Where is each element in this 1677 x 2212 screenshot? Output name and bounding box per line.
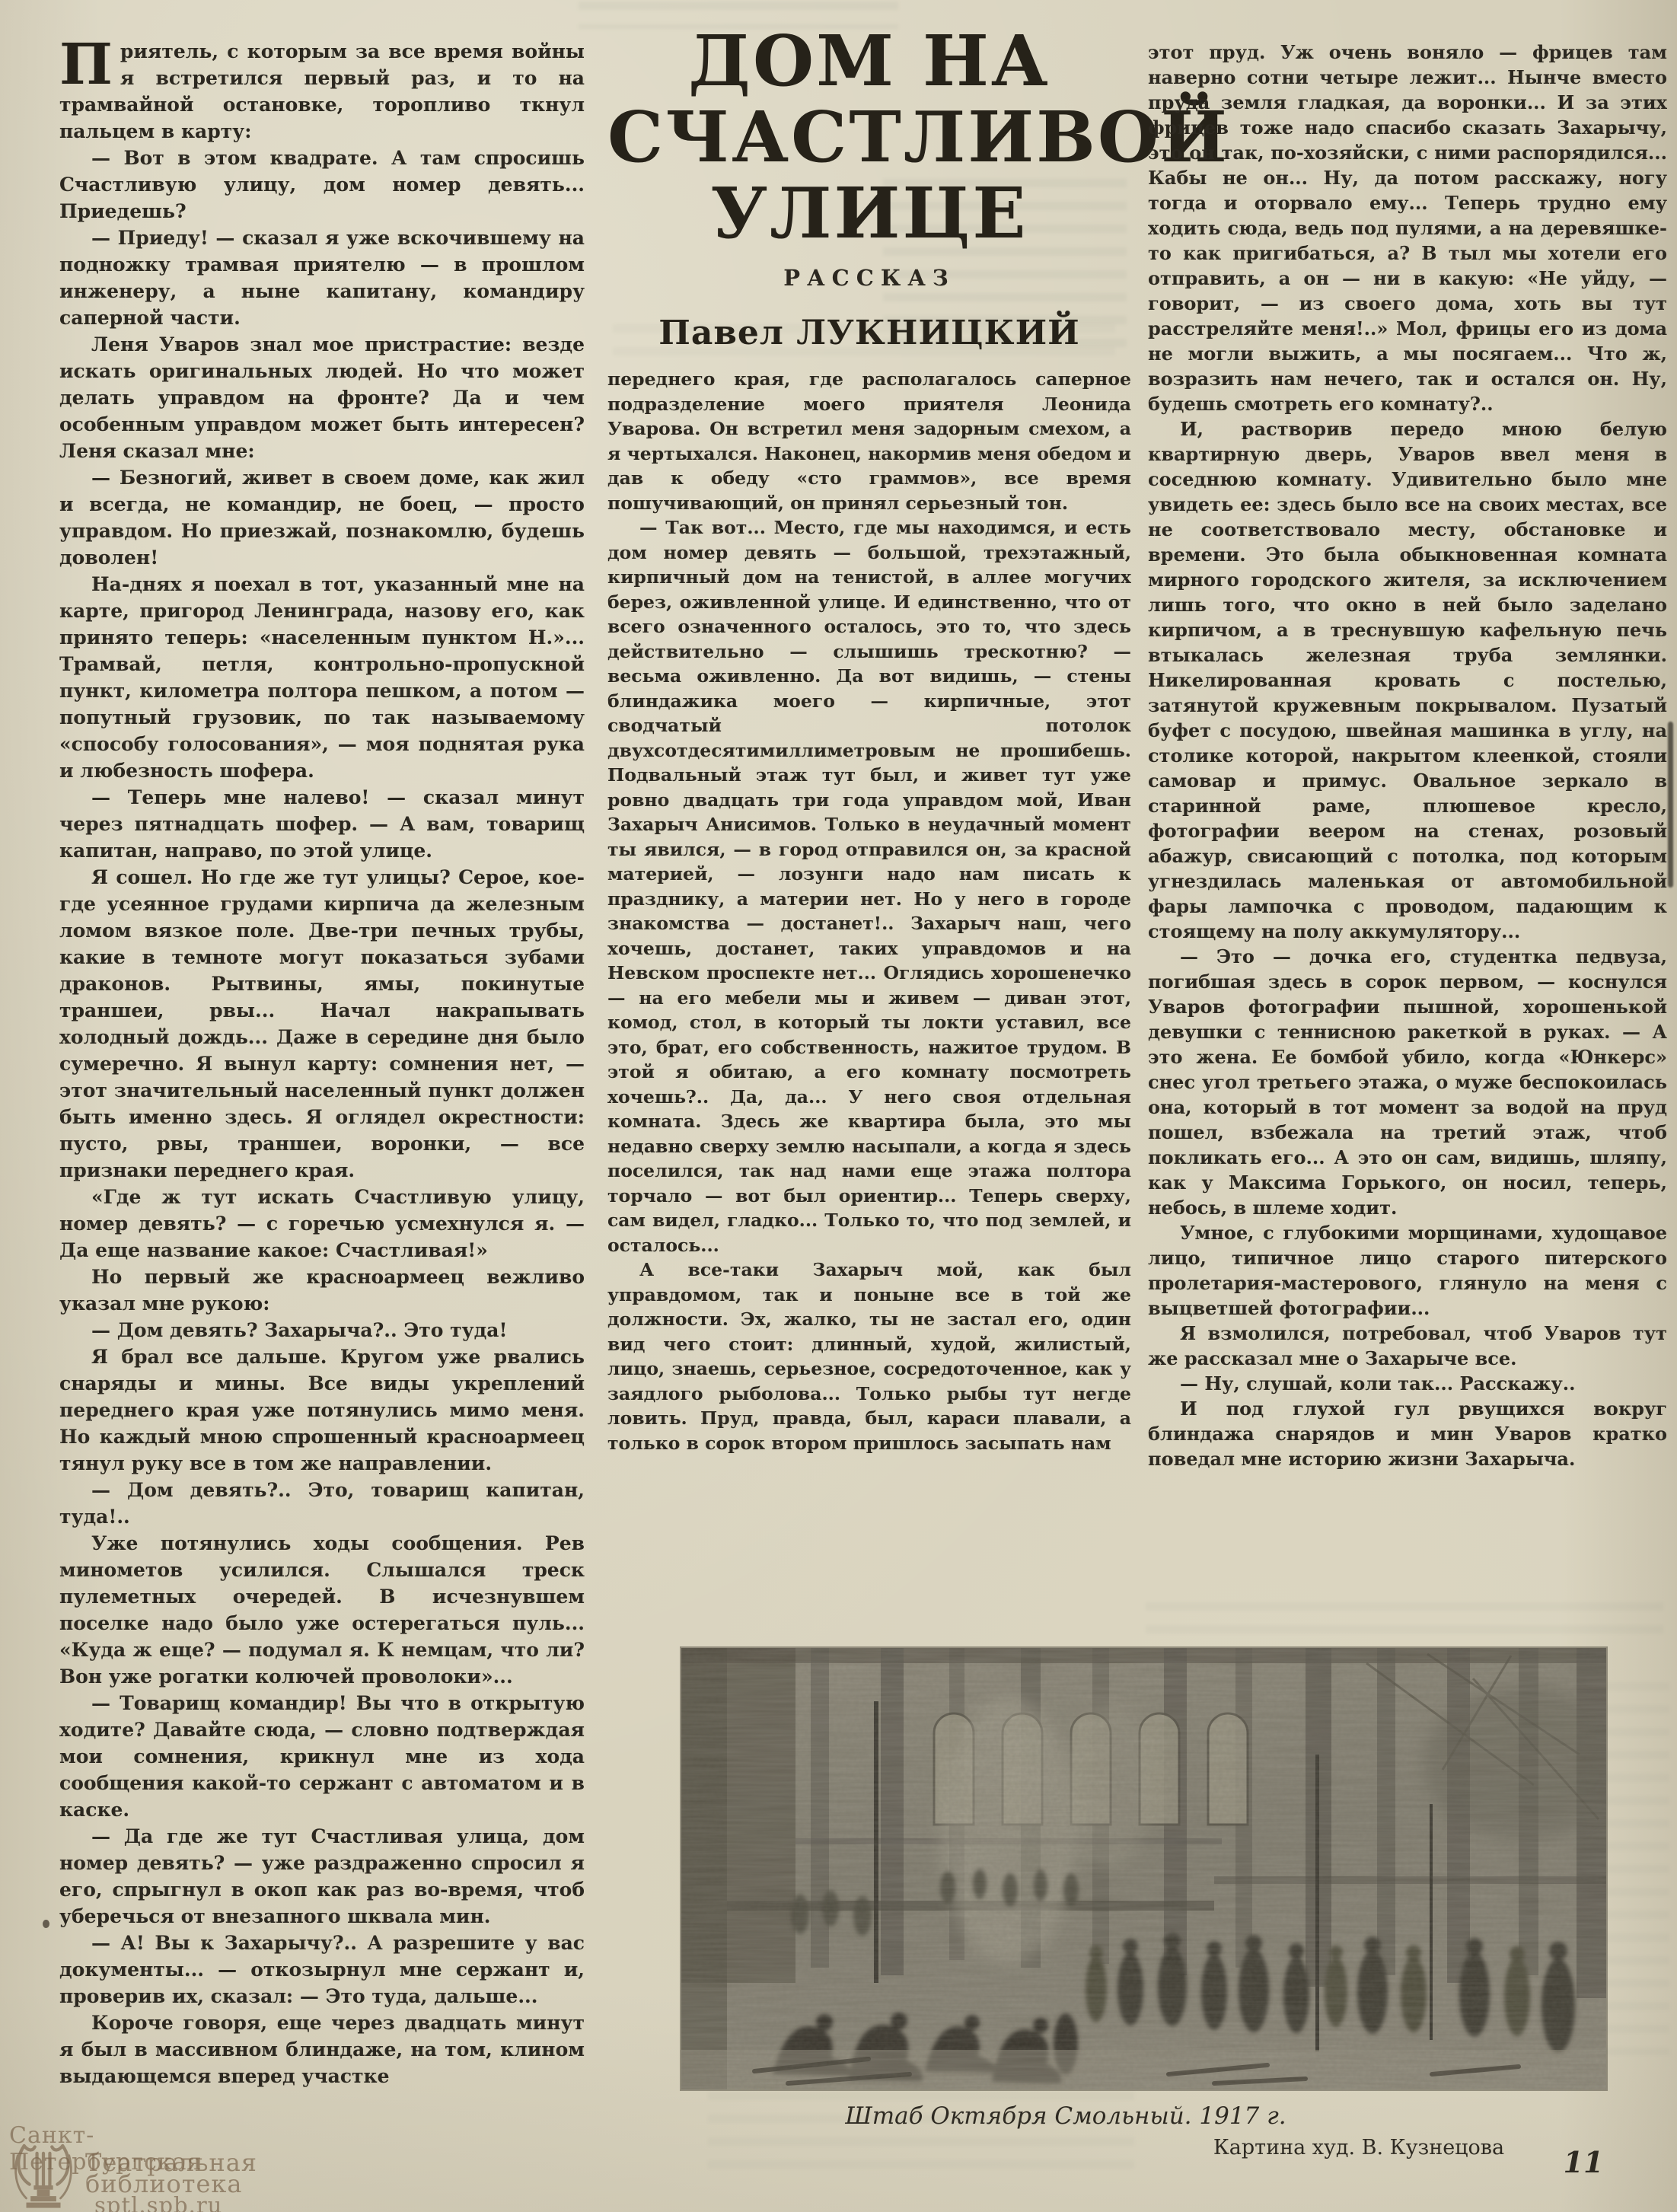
story-column-1: Приятель, с которым за все время войны я… (59, 38, 585, 2162)
paragraph: Я взмолился, потребовал, чтоб Уваров тут… (1148, 1321, 1667, 1371)
ink-speck (43, 1920, 49, 1928)
paragraph: — Это — дочка его, студентка педвуза, по… (1148, 944, 1667, 1220)
paragraph: Но первый же красноармеец вежливо указал… (59, 1264, 585, 1317)
paragraph: Умное, с глубокими морщинами, худощавое … (1148, 1220, 1667, 1321)
paragraph: — А! Вы к Захарычу?.. А разрешите у вас … (59, 1930, 585, 2010)
bleed-through-patch (1605, 1682, 1669, 2055)
paragraph: — Ну, слушай, коли так... Расскажу.. (1148, 1371, 1667, 1396)
illustration-caption: Штаб Октября Смольный. 1917 г. (761, 2102, 1370, 2130)
paragraph: И, растворив передо мною белую квартирну… (1148, 416, 1667, 944)
story-column-2: переднего края, где располагалось саперн… (607, 367, 1131, 1637)
paragraph: — Приеду! — сказал я уже вскочившему на … (59, 225, 585, 331)
paragraph: — Дом девять? Захарыча?.. Это туда! (59, 1317, 585, 1343)
illustration-etching (681, 1648, 1606, 2089)
magazine-page: Санкт-Петербургская Театральная библиоте… (0, 0, 1677, 2212)
scan-edge-artifact (1668, 722, 1673, 888)
paragraph: Леня Уваров знал мое пристрастие: везде … (59, 331, 585, 464)
page-title: СЧАСТЛИВОЙ (607, 99, 1131, 175)
page-number: 11 (1549, 2145, 1618, 2179)
page-title: УЛИЦЕ (607, 175, 1131, 251)
author-name: Павел ЛУКНИЦКИЙ (607, 314, 1131, 352)
title-block: ДОМ НА СЧАСТЛИВОЙ УЛИЦЕ РАССКАЗ Павел ЛУ… (607, 23, 1131, 352)
genre-label: РАССКАЗ (607, 265, 1131, 291)
paragraph: А все-таки Захарыч мой, как был управдом… (607, 1257, 1131, 1455)
paragraph: — Да где же тут Счастливая улица, дом но… (59, 1823, 585, 1930)
paragraph: — Дом девять?.. Это, товарищ капитан, ту… (59, 1477, 585, 1530)
paragraph: И под глухой гул рвущихся вокруг блиндаж… (1148, 1396, 1667, 1471)
paragraph: переднего края, где располагалось саперн… (607, 367, 1131, 515)
paragraph: — Безногий, живет в своем доме, как жил … (59, 464, 585, 571)
paragraph: — Товарищ командир! Вы что в открытую хо… (59, 1690, 585, 1823)
paragraph: Уже потянулись ходы сообщения. Рев мином… (59, 1530, 585, 1690)
watermark-url: sptl.spb.ru (94, 2192, 222, 2212)
paragraph: — Вот в этом квадрате. А там спросишь Сч… (59, 145, 585, 225)
paragraph: — Теперь мне налево! — сказал минут чере… (59, 784, 585, 864)
page-title: ДОМ НА (607, 23, 1131, 99)
paragraph: этот пруд. Уж очень воняло — фрицев там … (1148, 40, 1667, 416)
paragraph: Я брал все дальше. Кругом уже рвались сн… (59, 1343, 585, 1477)
paragraph: Короче говоря, еще через двадцать минут … (59, 2010, 585, 2089)
illustration-credit: Картина худ. В. Кузнецова (1111, 2136, 1606, 2159)
paragraph: Приятель, с которым за все время войны я… (59, 38, 585, 145)
paragraph: — Так вот... Место, где мы находимся, и … (607, 515, 1131, 1257)
paragraph: На-днях я поехал в тот, указанный мне на… (59, 571, 585, 784)
story-column-3: этот пруд. Уж очень воняло — фрицев там … (1148, 40, 1667, 1619)
paragraph: Я сошел. Но где же тут улицы? Серое, кое… (59, 864, 585, 1184)
drop-cap: П (59, 38, 120, 87)
paragraph: «Где ж тут искать Счастливую улицу, номе… (59, 1184, 585, 1264)
illustration-smolny-1917 (681, 1648, 1606, 2089)
